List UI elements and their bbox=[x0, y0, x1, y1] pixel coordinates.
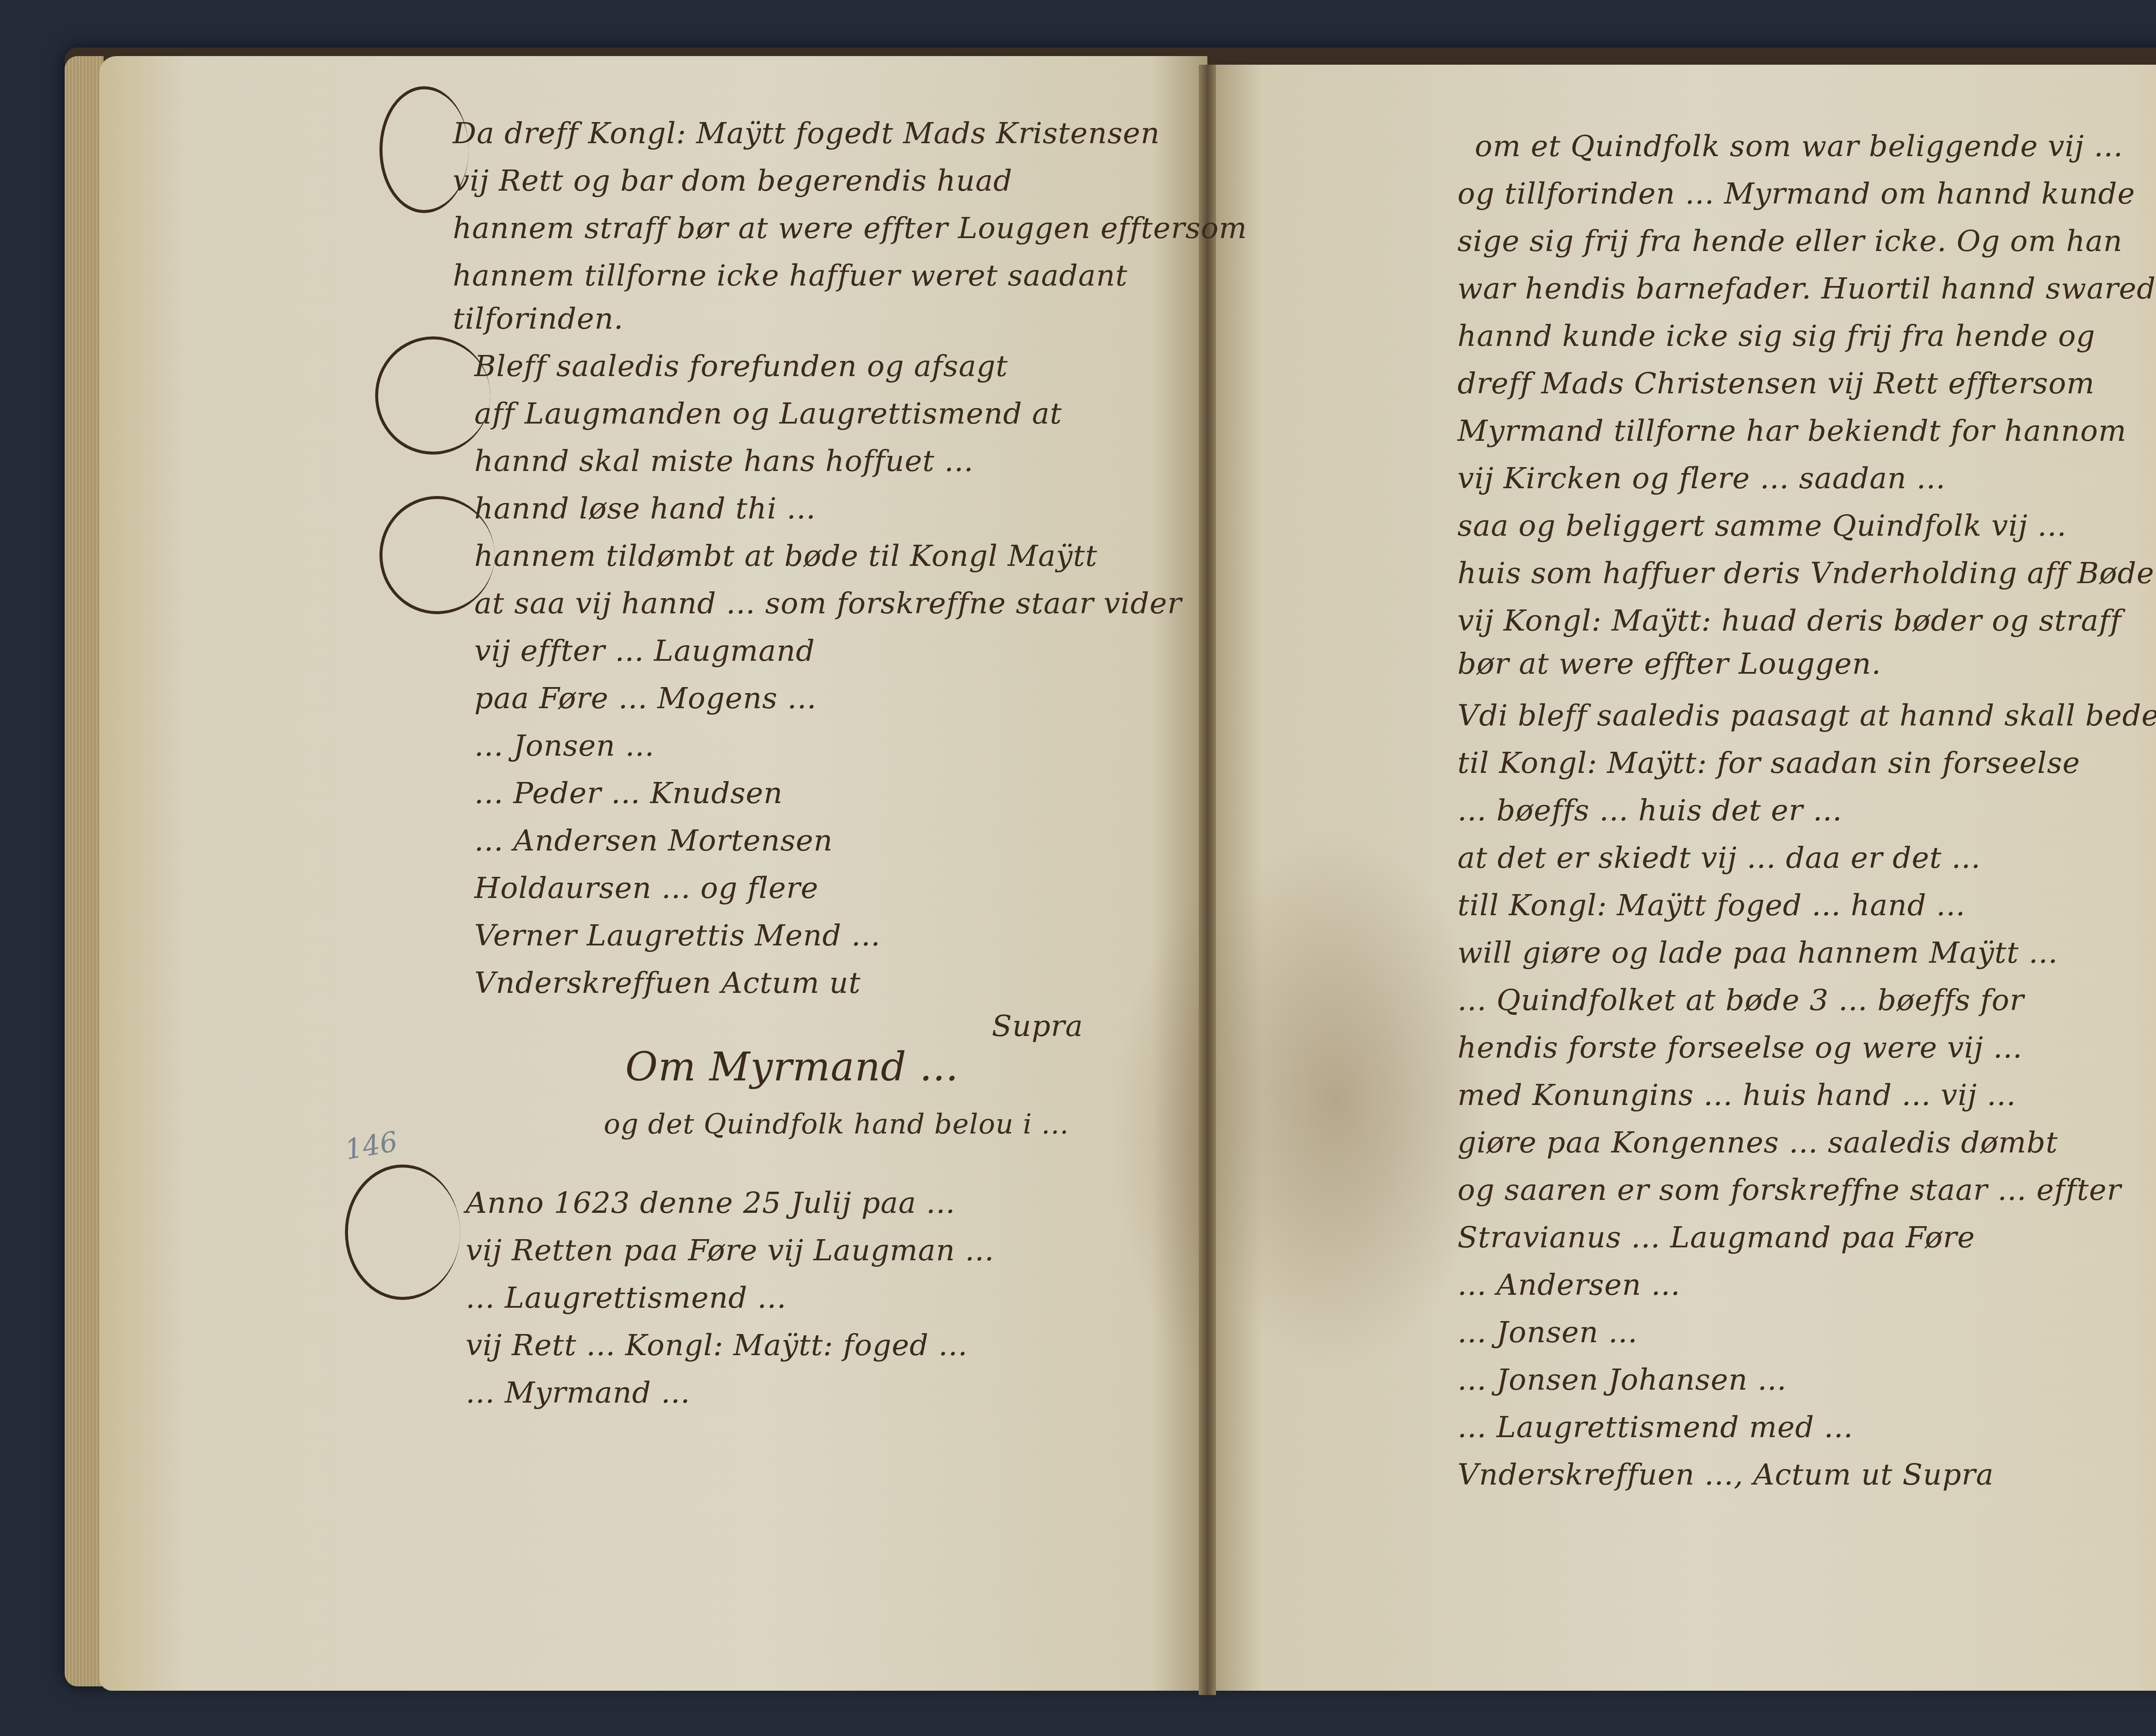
text-line: Vdi bleff saaledis paasagt at hannd skal… bbox=[1457, 699, 2156, 733]
text-line: saa og beliggert samme Quindfolk vij ... bbox=[1457, 509, 2067, 543]
text-line: om et Quindfolk som war beliggende vij .… bbox=[1475, 129, 2123, 163]
text-line: hannd kunde icke sig sig frij fra hende … bbox=[1457, 319, 2095, 353]
text-line: Verner Laugrettis Mend ... bbox=[474, 919, 881, 953]
text-line: hannem straff bør at were effter Louggen… bbox=[453, 211, 1247, 245]
text-line: till Kongl: Maÿtt foged ... hand ... bbox=[1457, 888, 1965, 923]
text-line: aff Laugmanden og Laugrettismend at bbox=[474, 397, 1062, 431]
entry-line: ... Myrmand ... bbox=[466, 1376, 690, 1410]
text-line: ... Laugrettismend med ... bbox=[1457, 1410, 1853, 1444]
text-line: at det er skiedt vij ... daa er det ... bbox=[1457, 841, 1981, 875]
text-line: ... Andersen ... bbox=[1457, 1268, 1680, 1302]
text-line: Vnderskreffuen ..., Actum ut Supra bbox=[1457, 1458, 1994, 1492]
text-line: hannem tillforne icke haffuer weret saad… bbox=[453, 259, 1128, 293]
text-line: til Kongl: Maÿtt: for saadan sin forseel… bbox=[1457, 746, 2080, 780]
text-line: huis som haffuer deris Vnderholding aff … bbox=[1457, 556, 2154, 590]
text-line: og saaren er som forskreffne staar ... e… bbox=[1457, 1173, 2122, 1207]
text-line: sige sig frij fra hende eller icke. Og o… bbox=[1457, 224, 2123, 258]
entry-line: vij Retten paa Føre vij Laugman ... bbox=[466, 1234, 994, 1268]
text-line: Da dreff Kongl: Maÿtt fogedt Mads Kriste… bbox=[453, 116, 1160, 151]
text-line: Bleff saaledis forefunden og afsagt bbox=[474, 349, 1008, 383]
text-line: ... Quindfolket at bøde 3 ... bøeffs for bbox=[1457, 983, 2024, 1017]
text-line: med Konungins ... huis hand ... vij ... bbox=[1457, 1078, 2016, 1112]
text-line: will giøre og lade paa hannem Maÿtt ... bbox=[1457, 936, 2058, 970]
text-line: giøre paa Kongennes ... saaledis dømbt bbox=[1457, 1126, 2058, 1160]
text-line: vij Kongl: Maÿtt: huad deris bøder og st… bbox=[1457, 604, 2122, 638]
flourish-icon bbox=[375, 336, 490, 455]
text-line: hannem tildømbt at bøde til Kongl Maÿtt bbox=[474, 539, 1097, 573]
text-line: vij Rett og bar dom begerendis huad bbox=[453, 164, 1012, 198]
text-line: dreff Mads Christensen vij Rett effterso… bbox=[1457, 367, 2095, 401]
text-line: tilforinden. bbox=[453, 302, 624, 336]
text-line: hannd løse hand thi ... bbox=[474, 492, 816, 526]
entry-line: Anno 1623 denne 25 Julij paa ... bbox=[466, 1186, 956, 1220]
entry-line: ... Laugrettismend ... bbox=[466, 1281, 787, 1315]
flourish-icon bbox=[345, 1165, 460, 1300]
text-line: Myrmand tillforne har bekiendt for hanno… bbox=[1457, 414, 2127, 448]
text-line: hendis forste forseelse og were vij ... bbox=[1457, 1031, 2022, 1065]
text-line: bør at were effter Louggen. bbox=[1457, 647, 1881, 681]
text-line: ... Peder ... Knudsen bbox=[474, 776, 783, 810]
text-line: Supra bbox=[992, 1009, 1083, 1043]
text-line: war hendis barnefader. Huortil hannd swa… bbox=[1457, 272, 2156, 306]
text-line: at saa vij hannd ... som forskreffne sta… bbox=[474, 587, 1182, 621]
text-line: ... Jonsen Johansen ... bbox=[1457, 1363, 1787, 1397]
text-line: vij Kircken og flere ... saadan ... bbox=[1457, 461, 1946, 496]
section-subheading: og det Quindfolk hand belou i ... bbox=[604, 1108, 1069, 1140]
text-line: ... Jonsen ... bbox=[1457, 1315, 1638, 1350]
text-line: Stravianus ... Laugmand paa Føre bbox=[1457, 1221, 1975, 1255]
text-line: ... Andersen Mortensen bbox=[474, 824, 833, 858]
text-line: Holdaursen ... og flere bbox=[474, 871, 818, 905]
text-line: vij effter ... Laugmand bbox=[474, 634, 815, 668]
text-line: og tillforinden ... Myrmand om hannd kun… bbox=[1457, 177, 2135, 211]
right-page bbox=[1207, 65, 2156, 1691]
section-heading: Om Myrmand ... bbox=[625, 1044, 959, 1090]
text-line: ... bøeffs ... huis det er ... bbox=[1457, 794, 1842, 828]
book-gutter bbox=[1199, 65, 1216, 1695]
text-line: paa Føre ... Mogens ... bbox=[474, 681, 817, 716]
entry-line: vij Rett ... Kongl: Maÿtt: foged ... bbox=[466, 1328, 968, 1362]
text-line: hannd skal miste hans hoffuet ... bbox=[474, 444, 974, 478]
left-page-edges bbox=[65, 56, 103, 1686]
text-line: ... Jonsen ... bbox=[474, 729, 655, 763]
text-line: Vnderskreffuen Actum ut bbox=[474, 966, 861, 1000]
